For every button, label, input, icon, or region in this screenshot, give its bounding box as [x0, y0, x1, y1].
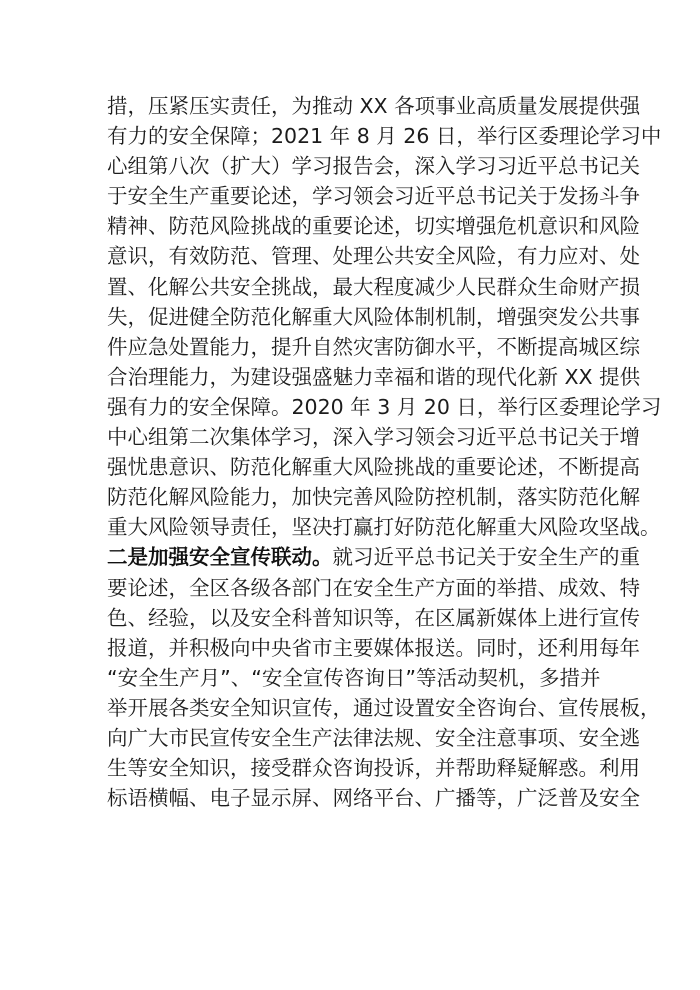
text-line: 强忧患意识、防范化解重大风险挑战的重要论述，不断提高: [107, 452, 593, 482]
text-line: 防范化解风险能力，加快完善风险防控机制，落实防范化解: [107, 482, 593, 512]
text-line: 件应急处置能力，提升自然灾害防御水平，不断提高城区综: [107, 332, 593, 362]
text-line: 心组第八次（扩大）学习报告会，深入学习习近平总书记关: [107, 151, 593, 181]
text-line: 报道，并积极向中央省市主要媒体报送。同时，还利用每年: [107, 633, 593, 663]
text-line: 合治理能力，为建设强盛魅力幸福和谐的现代化新 XX 提供: [107, 362, 593, 392]
text-line: 强有力的安全保障。2020 年 3 月 20 日，举行区委理论学习: [107, 392, 593, 422]
text-line: 失，促进健全防范化解重大风险体制机制，增强突发公共事: [107, 302, 593, 332]
text-line: 向广大市民宣传安全生产法律法规、安全注意事项、安全逃: [107, 723, 593, 753]
document-page: 措，压紧压实责任，为推动 XX 各项事业高质量发展提供强 有力的安全保障；202…: [0, 0, 700, 990]
text-line: 生等安全知识，接受群众咨询投诉，并帮助释疑解惑。利用: [107, 753, 593, 783]
text-line-with-heading: 二是加强安全宣传联动。就习近平总书记关于安全生产的重: [107, 542, 593, 572]
text-line: “安全生产月”、“安全宣传咨询日”等活动契机，多措并: [107, 663, 593, 693]
text-line: 重大风险领导责任，坚决打赢打好防范化解重大风险攻坚战。: [107, 512, 593, 542]
text-line: 意识，有效防范、管理、处理公共安全风险，有力应对、处: [107, 241, 593, 271]
text-line: 置、化解公共安全挑战，最大程度减少人民群众生命财产损: [107, 272, 593, 302]
text-line: 色、经验，以及安全科普知识等，在区属新媒体上进行宣传: [107, 603, 593, 633]
text-line: 举开展各类安全知识宣传，通过设置安全咨询台、宣传展板，: [107, 693, 593, 723]
text-line: 精神、防范风险挑战的重要论述，切实增强危机意识和风险: [107, 211, 593, 241]
text-line: 中心组第二次集体学习，深入学习领会习近平总书记关于增: [107, 422, 593, 452]
text-line: 有力的安全保障；2021 年 8 月 26 日，举行区委理论学习中: [107, 121, 593, 151]
section-heading: 二是加强安全宣传联动。: [107, 545, 333, 569]
text-run: 就习近平总书记关于安全生产的重: [333, 545, 641, 569]
body-text: 措，压紧压实责任，为推动 XX 各项事业高质量发展提供强 有力的安全保障；202…: [107, 91, 593, 813]
text-line: 标语横幅、电子显示屏、网络平台、广播等，广泛普及安全: [107, 783, 593, 813]
text-line: 要论述，全区各级各部门在安全生产方面的举措、成效、特: [107, 573, 593, 603]
text-line: 于安全生产重要论述，学习领会习近平总书记关于发扬斗争: [107, 181, 593, 211]
text-line: 措，压紧压实责任，为推动 XX 各项事业高质量发展提供强: [107, 91, 593, 121]
